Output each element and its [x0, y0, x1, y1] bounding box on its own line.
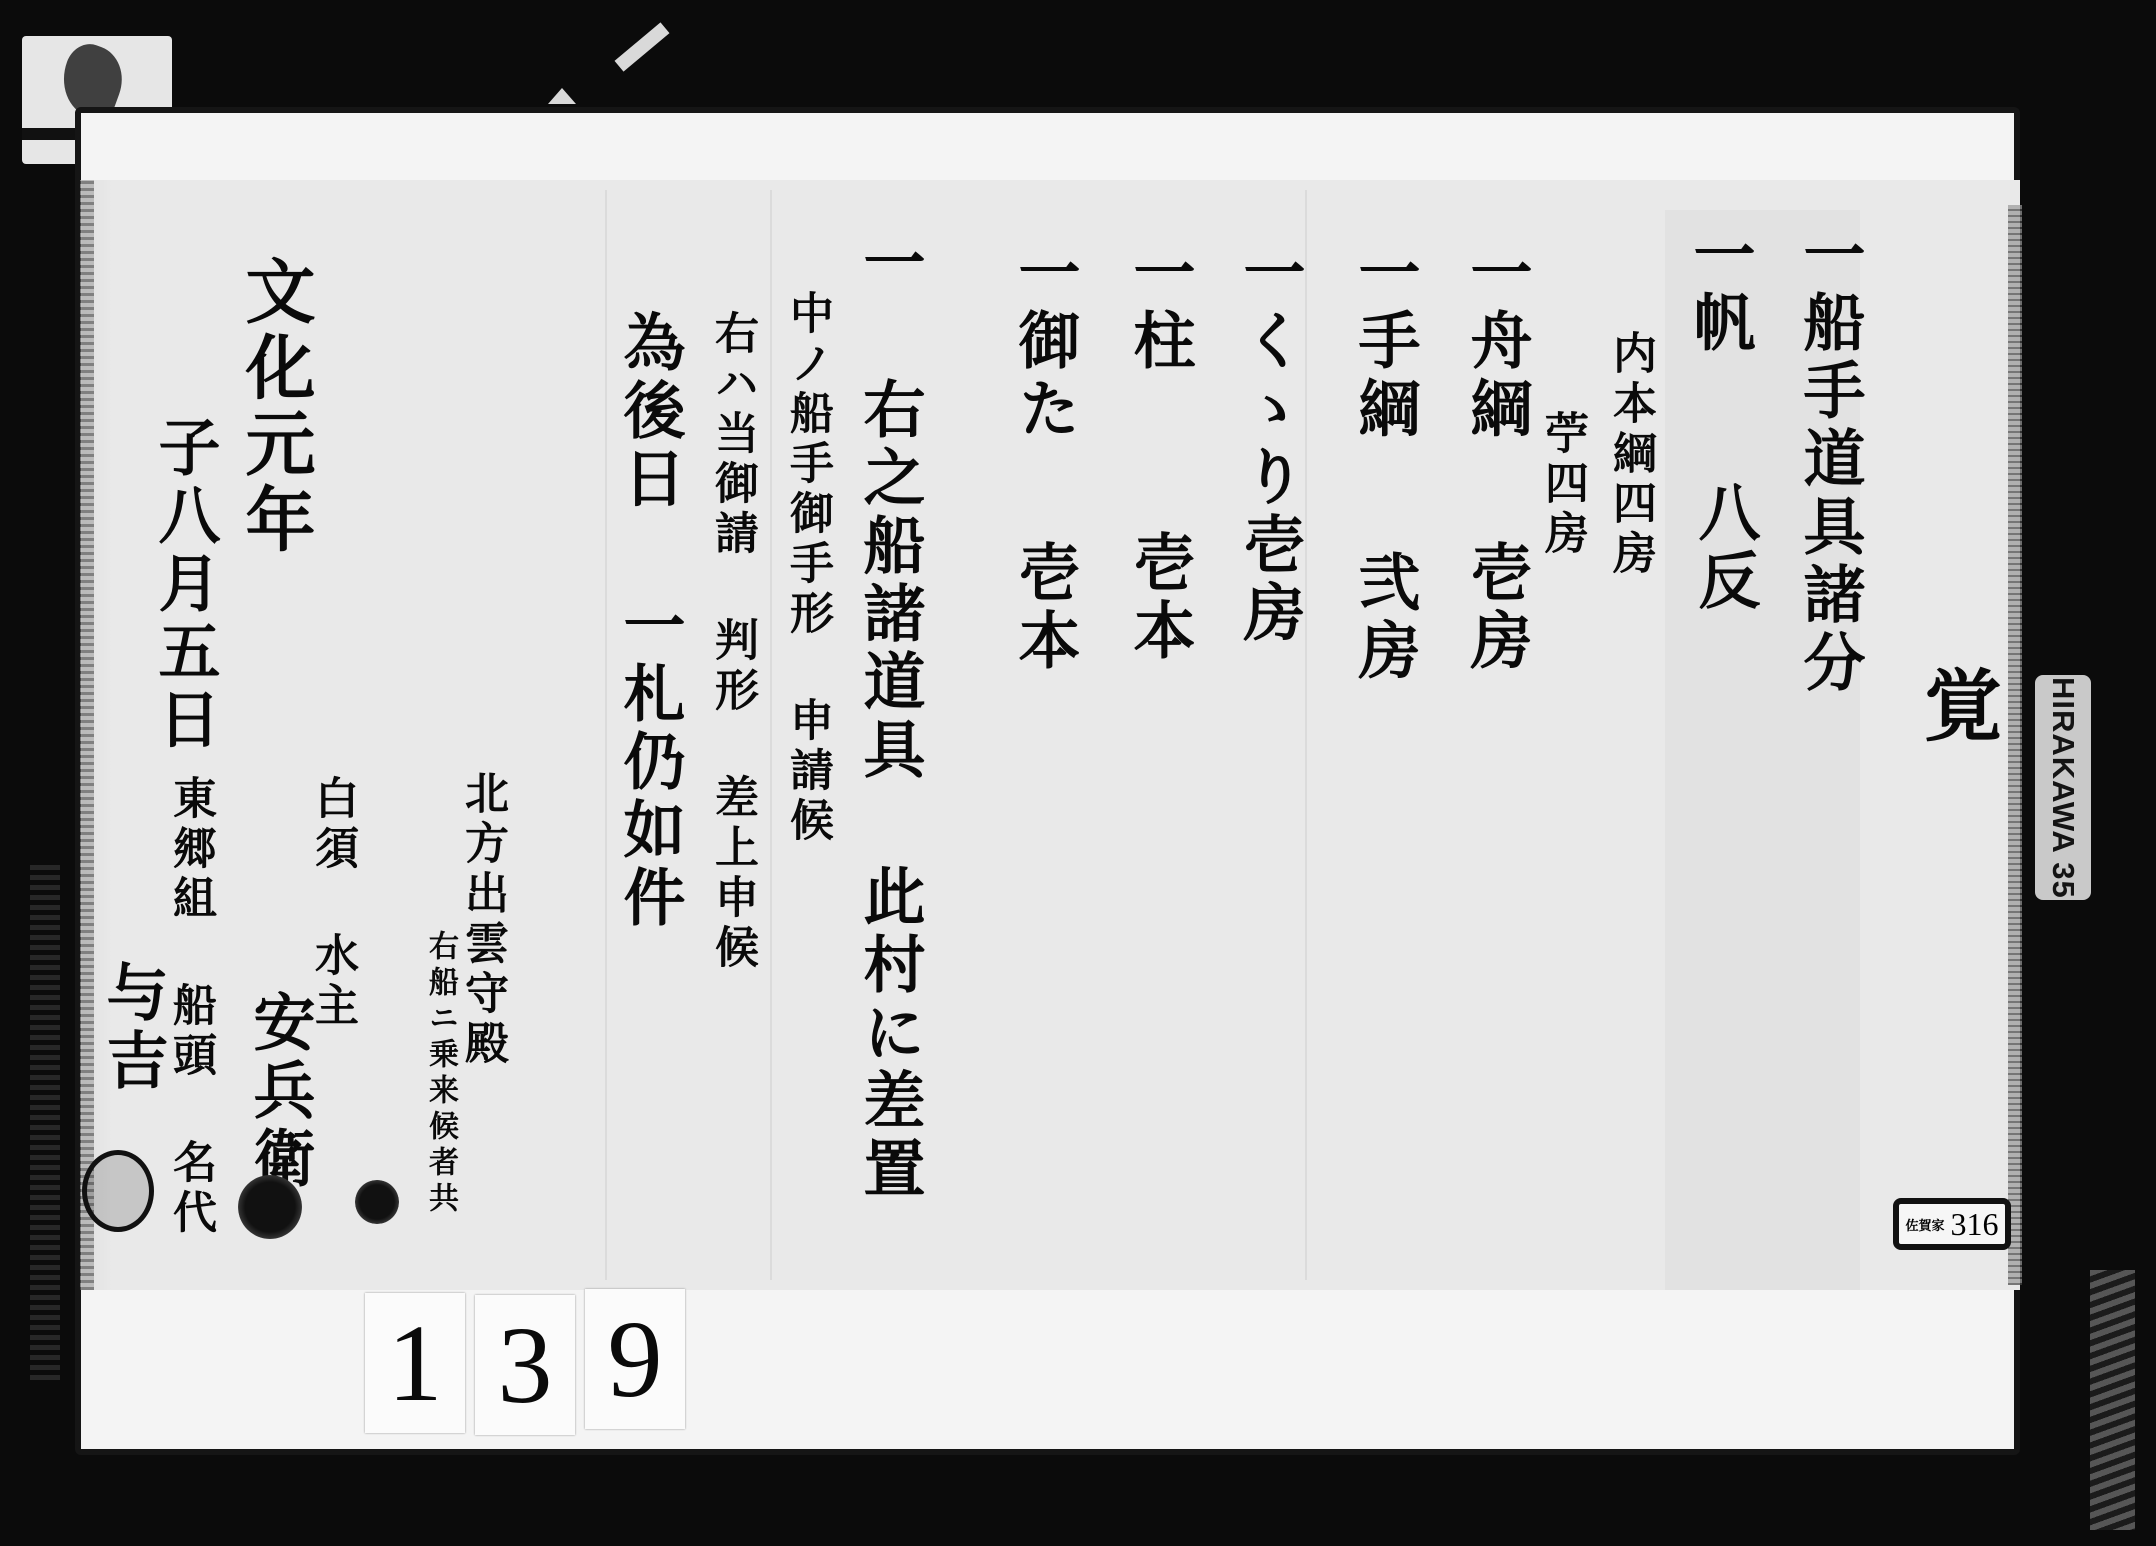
body-line-3: 右ハ当御請 判形 差上申候: [700, 310, 764, 974]
item-text: 船手道具諸分: [1793, 290, 1866, 698]
number-card: 3: [475, 1295, 575, 1435]
body-line-2: 中ノ船手御手形 申請候: [775, 290, 839, 847]
background-fringe-right: [2090, 1270, 2135, 1530]
item-text: くゝり: [1233, 308, 1306, 512]
item-note: 四房: [1537, 460, 1588, 560]
item-line-3: 内本綱四房: [1598, 330, 1662, 580]
seal-stamp: [82, 1150, 154, 1232]
archive-side-tab: HIRAKAWA 35: [2035, 675, 2091, 900]
background-shard: [548, 88, 576, 104]
paper-edge-left: [80, 180, 94, 1290]
signatory-3-name: 与吉: [88, 960, 177, 1096]
item-note: 四房: [1605, 480, 1656, 580]
collection-label-prefix: 佐賀家: [1905, 1215, 1944, 1234]
item-mark: 一: [1348, 240, 1421, 308]
item-text: 舟綱: [1460, 308, 1533, 444]
item-note: 壱本: [1115, 530, 1204, 666]
item-mark: 一: [1793, 222, 1866, 290]
item-line-6: 一手綱: [1340, 240, 1429, 444]
item-text: 御た: [1008, 308, 1081, 444]
date-era-year: 文化元年: [225, 255, 326, 559]
number-card: 1: [365, 1293, 465, 1433]
item-mark: 一: [1683, 222, 1756, 290]
item-text: 柱: [1123, 308, 1196, 376]
item-note: 八反: [1680, 480, 1769, 616]
item-number-cards: 1 3 9: [365, 1293, 695, 1435]
number-card: 9: [585, 1289, 685, 1429]
date-month-day: 子八月五日: [140, 415, 229, 755]
paper-fold: [770, 190, 772, 1280]
body-line-1: 一 右之船諸道具 此村に差置: [845, 230, 934, 1204]
collection-label: 佐賀家 316: [1893, 1198, 2011, 1250]
seal-stamp: [238, 1175, 302, 1239]
item-note: 壱本: [1000, 540, 1089, 676]
item-line-7: 一くゝり壱房: [1225, 240, 1314, 648]
item-mark: 一: [1233, 240, 1306, 308]
item-line-8: 一柱: [1115, 240, 1204, 376]
item-note: 壱房: [1233, 512, 1306, 648]
item-text: 手綱: [1348, 308, 1421, 444]
item-note: 弐房: [1340, 550, 1429, 686]
background-fringe-left: [30, 860, 60, 1380]
item-line-9: 一御た: [1000, 240, 1089, 444]
item-mark: 一: [1123, 240, 1196, 308]
collection-label-number: 316: [1951, 1206, 1999, 1243]
signatory-1-sub: 右船ニ乗来候者共: [418, 930, 462, 1218]
body-line-4: 為後日 一札仍如件: [605, 310, 694, 933]
item-text: 内本綱: [1605, 330, 1656, 480]
signatory-2-name: 安兵衛: [235, 990, 324, 1194]
seal-stamp: [355, 1180, 399, 1224]
side-tab-label: HIRAKAWA 35: [2045, 677, 2081, 899]
item-line-5: 一舟綱: [1452, 240, 1541, 444]
item-mark: 一: [1460, 240, 1533, 308]
document-title: 覚: [1900, 665, 2012, 749]
background-shard: [615, 22, 670, 71]
item-line-1: 一船手道具諸分: [1785, 222, 1874, 698]
item-text: 苧: [1537, 410, 1588, 460]
item-mark: 一: [1008, 240, 1081, 308]
item-line-2: 一帆: [1675, 222, 1764, 358]
item-note: 壱房: [1452, 540, 1541, 676]
item-text: 帆: [1683, 290, 1756, 358]
